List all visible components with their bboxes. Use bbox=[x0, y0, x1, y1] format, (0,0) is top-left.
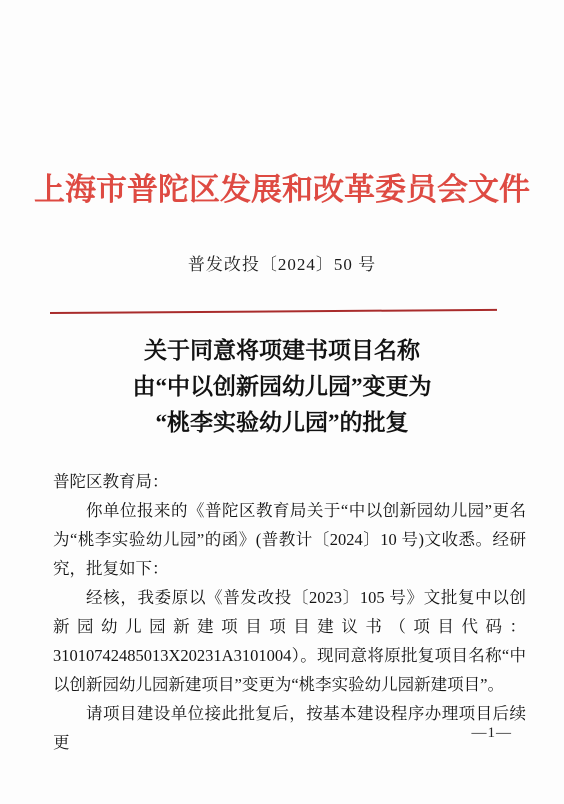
page-number: —1— bbox=[472, 725, 513, 742]
body-paragraph-1: 你单位报来的《普陀区教育局关于“中以创新园幼儿园”更名为“桃李实验幼儿园”的函》… bbox=[53, 496, 526, 583]
document-title-line-2: 由“中以创新园幼儿园”变更为 bbox=[0, 369, 564, 405]
agency-header-title: 上海市普陀区发展和改革委员会文件 bbox=[0, 164, 564, 209]
document-title-line-1: 关于同意将项建书项目名称 bbox=[0, 333, 564, 369]
document-number: 普发改投〔2024〕50 号 bbox=[0, 250, 564, 275]
body-paragraph-3: 请项目建设单位接此批复后，按基本建设程序办理项目后续更 bbox=[53, 699, 526, 757]
body-paragraph-2: 经核，我委原以《普发改投〔2023〕105 号》文批复中以创新园幼儿园新建项目项… bbox=[53, 583, 526, 699]
red-divider-line bbox=[50, 309, 497, 314]
document-title-line-3: “桃李实验幼儿园”的批复 bbox=[0, 405, 564, 441]
document-body: 普陀区教育局： 你单位报来的《普陀区教育局关于“中以创新园幼儿园”更名为“桃李实… bbox=[53, 467, 526, 757]
document-title: 关于同意将项建书项目名称 由“中以创新园幼儿园”变更为 “桃李实验幼儿园”的批复 bbox=[0, 333, 564, 441]
document-page: 上海市普陀区发展和改革委员会文件 普发改投〔2024〕50 号 关于同意将项建书… bbox=[0, 0, 564, 804]
salutation: 普陀区教育局： bbox=[53, 467, 526, 496]
